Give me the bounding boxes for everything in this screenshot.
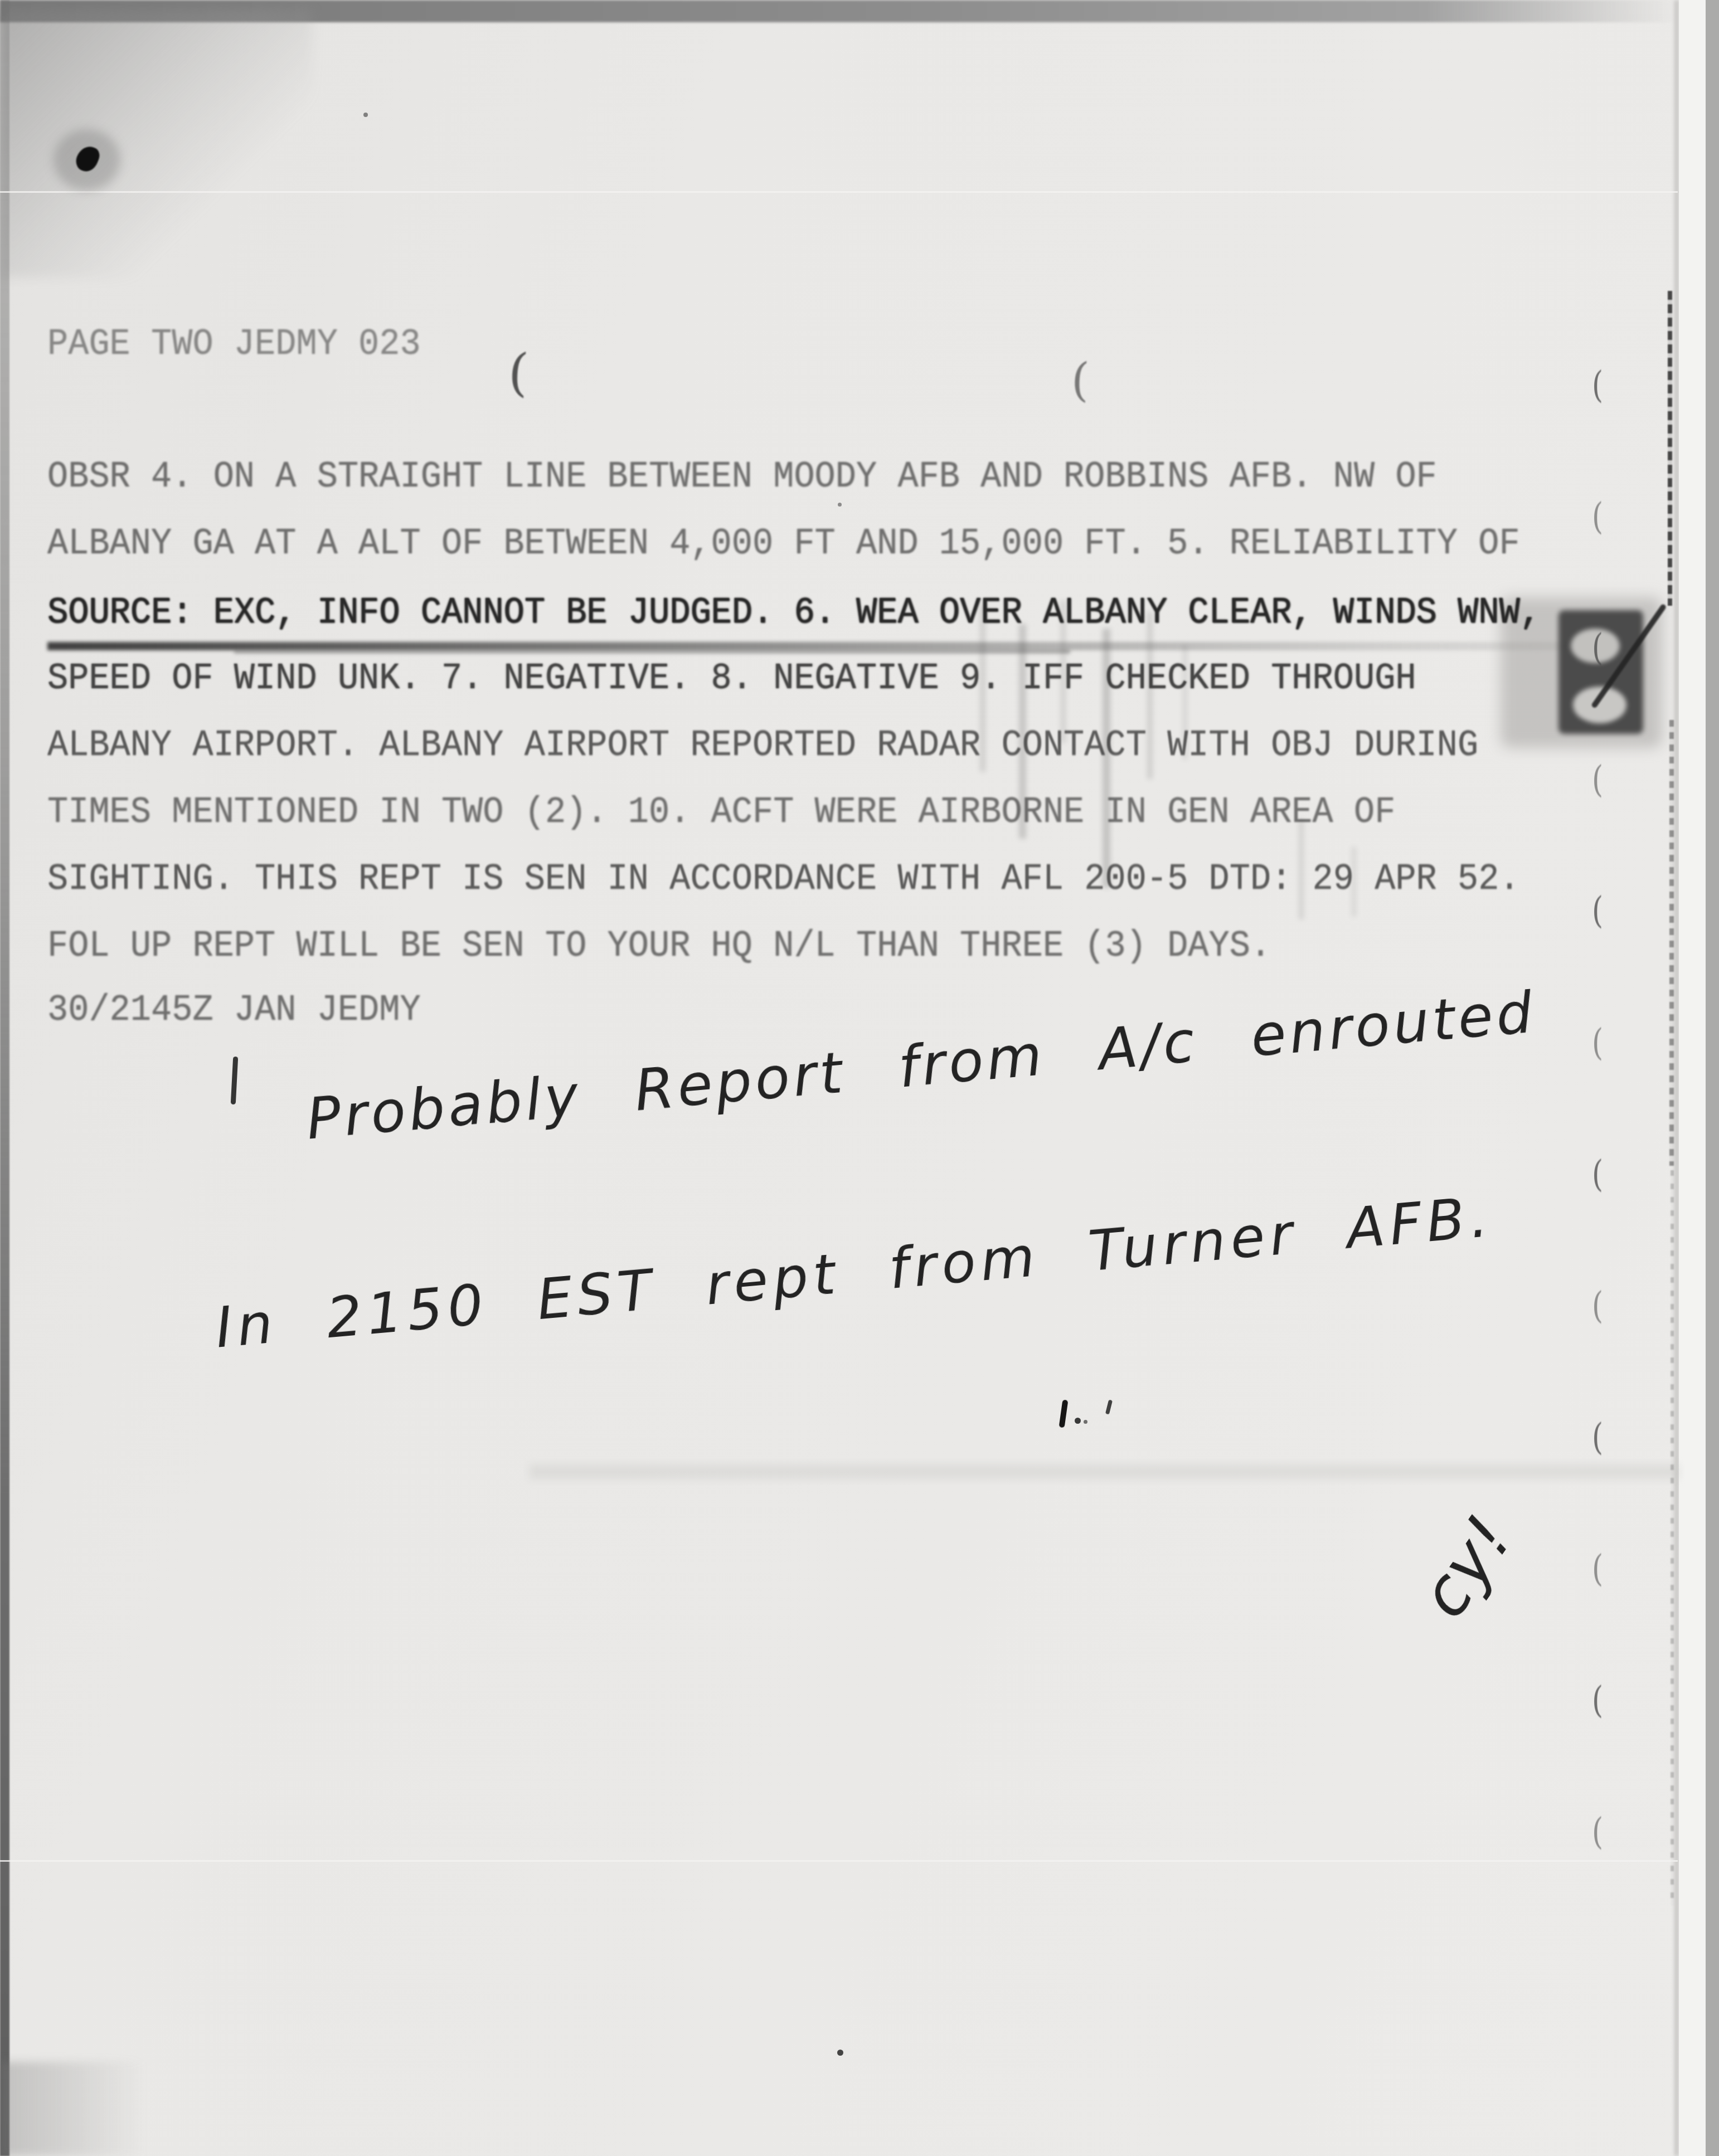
- carbon-smear-line: [47, 642, 1603, 650]
- teletype-line: TIMES MENTIONED IN TWO (2). 10. ACFT WER…: [47, 791, 1395, 833]
- paper-crease: [530, 1464, 1679, 1479]
- fold-line-segment: [1668, 291, 1672, 606]
- fold-line-segment: [1669, 720, 1674, 1166]
- handwritten-note-line-2: In 2150 EST rept from Turner AFB.: [213, 1184, 1495, 1361]
- paper-crease: [0, 191, 1678, 193]
- teletype-line: ALBANY GA AT A ALT OF BETWEEN 4,000 FT A…: [47, 523, 1520, 564]
- ink-speck: [838, 503, 842, 507]
- teletype-line: OBSR 4. ON A STRAIGHT LINE BETWEEN MOODY…: [47, 456, 1437, 498]
- teletype-line: SPEED OF WIND UNK. 7. NEGATIVE. 8. NEGAT…: [47, 658, 1416, 699]
- signoff-line: 30/2145Z JAN JEDMY: [47, 989, 421, 1031]
- handwritten-margin-note: cy!: [1405, 1501, 1528, 1631]
- binding-mark: (: [1592, 627, 1603, 669]
- binding-mark: (: [1592, 1286, 1603, 1327]
- stray-paren-mark: (: [507, 342, 530, 403]
- binding-mark: (: [1592, 1154, 1603, 1196]
- paper-crease: [0, 1860, 1678, 1862]
- ink-tick: [1105, 1400, 1113, 1415]
- paper-right-edge-shadow: [1674, 0, 1679, 2156]
- pencil-tick: [231, 1057, 238, 1104]
- binding-mark: (: [1592, 497, 1603, 538]
- scanned-document-page: ( ( ( ( ( ( ( ( ( ( ( ( PAGE TWO JEDMY 0…: [0, 0, 1719, 2156]
- binding-mark: (: [1592, 1023, 1603, 1064]
- ink-dot: [1084, 1420, 1087, 1424]
- binding-mark: (: [1592, 1549, 1603, 1590]
- fold-line-segment: [1671, 1170, 1674, 1906]
- ink-speck: [363, 113, 368, 117]
- ink-dot: [1075, 1418, 1081, 1424]
- page-corner-shadow: [0, 2062, 145, 2156]
- binding-mark: (: [1592, 890, 1603, 932]
- teletype-line: FOL UP REPT WILL BE SEN TO YOUR HQ N/L T…: [47, 925, 1271, 967]
- ink-speck: [837, 2050, 843, 2056]
- binding-mark: (: [1592, 760, 1603, 801]
- teletype-line: SOURCE: EXC, INFO CANNOT BE JUDGED. 6. W…: [47, 592, 1541, 634]
- carbon-smear-line: [234, 650, 1070, 654]
- paper-right-edge: [1679, 0, 1707, 2156]
- binding-mark: (: [1592, 365, 1603, 407]
- scanner-right-edge: [1706, 0, 1719, 2156]
- ink-mark: [1059, 1400, 1069, 1428]
- handwritten-note-line-1: Probably Report from A/c enrouted: [304, 979, 1538, 1152]
- teletype-line: SIGHTING. THIS REPT IS SEN IN ACCORDANCE…: [47, 858, 1520, 900]
- binding-mark: (: [1592, 1417, 1603, 1459]
- teletype-line: ALBANY AIRPORT. ALBANY AIRPORT REPORTED …: [47, 724, 1478, 766]
- page-corner-shadow: [0, 10, 312, 278]
- binding-mark: (: [1592, 1680, 1603, 1722]
- page-header-line: PAGE TWO JEDMY 023: [47, 323, 421, 365]
- scanner-left-edge: [0, 0, 9, 2156]
- stray-paren-mark: (: [1070, 353, 1090, 407]
- binding-mark: (: [1592, 1812, 1603, 1853]
